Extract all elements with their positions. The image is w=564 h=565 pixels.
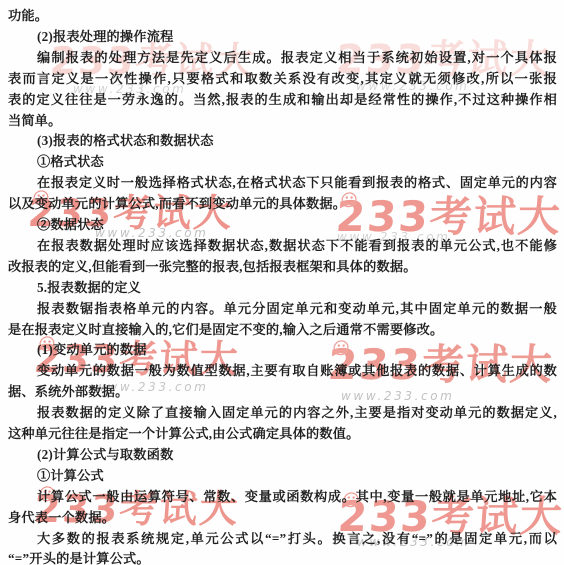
text-line: 编制报表的处理方法是先定义后生成。报表定义相当于系统初始设置,对一个具体报	[8, 48, 557, 69]
text-line: 改报表的定义,但能看到一张完整的报表,包括报表框架和具体的数据。	[8, 257, 557, 278]
text-line: 身代表一个数据。	[8, 508, 557, 529]
text-line: 功能。	[8, 6, 557, 27]
text-line: (2)报表处理的操作流程	[8, 27, 557, 48]
text-line: 据、系统外部数据。	[8, 382, 557, 403]
text-line: 5.报表数据的定义	[8, 278, 557, 299]
text-line: “=”开头的是计算公式。	[8, 549, 557, 565]
text-line: 以及变动单元的计算公式,而看不到变动单元的具体数据。	[8, 194, 557, 215]
text-line: ①格式状态	[8, 152, 557, 173]
text-line: 变动单元的数据一般为数值型数据,主要有取自账簿或其他报表的数据、计算生成的数	[8, 361, 557, 382]
text-line: 报表数据的定义除了直接输入固定单元的内容之外,主要是指对变动单元的数据定义,	[8, 403, 557, 424]
text-line: (2)计算公式与取数函数	[8, 445, 557, 466]
text-line: 大多数的报表系统规定,单元公式以“=”打头。换言之,没有“=”的是固定单元,而以	[8, 529, 557, 550]
scanned-document-page: 233考试大233考试大233考试大☺233考试大☺233考试大☺233考试大☺…	[0, 0, 564, 565]
text-line: 是在报表定义时直接输入的,它们是固定不变的,输入之后通常不需要修改。	[8, 320, 557, 341]
text-line: (1)变动单元的数据	[8, 340, 557, 361]
text-line: (3)报表的格式状态和数据状态	[8, 131, 557, 152]
text-line: 当简单。	[8, 111, 557, 132]
text-line: 在报表定义时一般选择格式状态,在格式状态下只能看到报表的格式、固定单元的内容	[8, 173, 557, 194]
text-line: 表而言定义是一次性操作,只要格式和取数关系没有改变,其定义就无须修改,所以一张报	[8, 69, 557, 90]
text-line: 计算公式一般由运算符号、常数、变量或函数构成。其中,变量一般就是单元地址,它本	[8, 487, 557, 508]
text-line: ①计算公式	[8, 466, 557, 487]
text-line: ②数据状态	[8, 215, 557, 236]
text-line: 表的定义往往是一劳永逸的。当然,报表的生成和输出却是经常性的操作,不过这种操作相	[8, 90, 557, 111]
text-line: 这种单元往往是指定一个计算公式,由公式确定具体的数值。	[8, 424, 557, 445]
text-line: 报表数锯指表格单元的内容。单元分固定单元和变动单元,其中固定单元的数据一般	[8, 299, 557, 320]
text-line: 在报表数据处理时应该选择数据状态,数据状态下不能看到报表的单元公式,也不能修	[8, 236, 557, 257]
